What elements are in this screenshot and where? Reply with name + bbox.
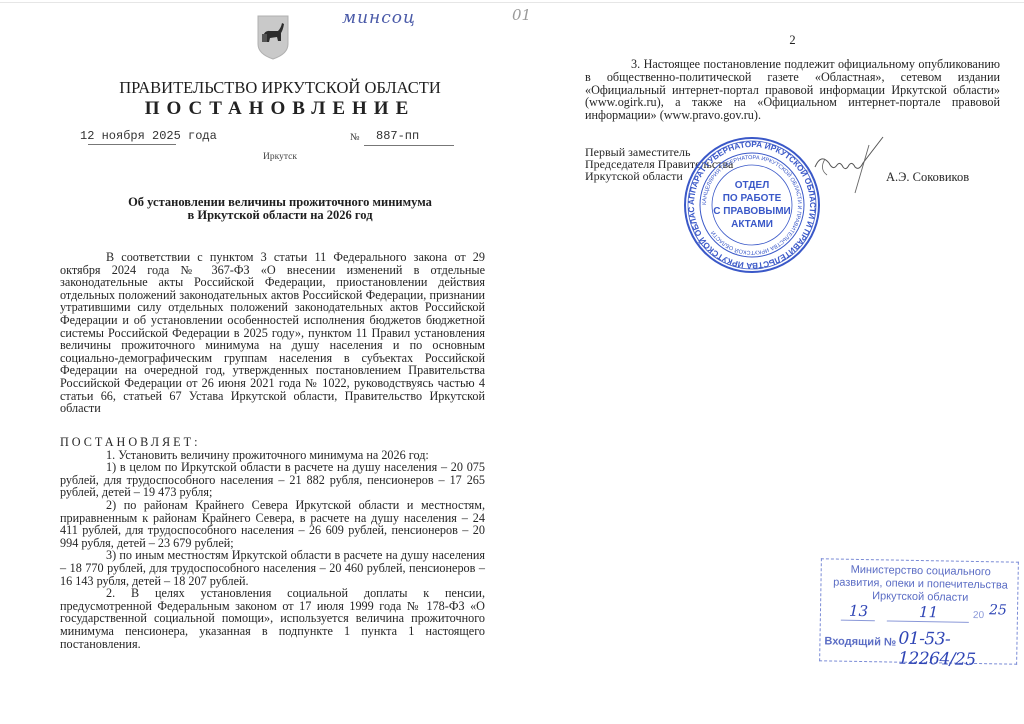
incoming-day: 13	[849, 602, 868, 620]
government-title: ПРАВИТЕЛЬСТВО ИРКУТСКОЙ ОБЛАСТИ	[60, 78, 500, 98]
incoming-label: Входящий №	[824, 635, 896, 648]
document-number: 887-пп	[376, 129, 419, 143]
incoming-number: 01-53-12264/25	[898, 629, 1015, 671]
incoming-stamp: Министерство социального развития, опеки…	[819, 558, 1019, 664]
signature-icon	[807, 135, 897, 195]
document-heading: Об установлении величины прожиточного ми…	[60, 196, 500, 222]
item-1-3: 3) по иным местностям Иркутской области …	[60, 549, 485, 587]
stamp-line-4: АКТАМИ	[731, 218, 773, 231]
incoming-month: 11	[919, 603, 938, 621]
document-type: ПОСТАНОВЛЕНИЕ	[60, 98, 500, 120]
page-1: минсоц 01 ПРАВИТЕЛЬСТВО ИРКУТСКОЙ ОБЛАСТ…	[60, 0, 500, 724]
preamble-text: В соответствии с пунктом 3 статьи 11 Фед…	[60, 251, 485, 415]
preamble: В соответствии с пунктом 3 статьи 11 Фед…	[60, 251, 485, 415]
decrees-word: ПОСТАНОВЛЯЕТ:	[60, 436, 485, 449]
signer-name: А.Э. Соковиков	[886, 170, 969, 185]
document-date: 12 ноября 2025 года	[80, 129, 217, 143]
stamp-line-2: ПО РАБОТЕ	[723, 192, 782, 205]
day-underline	[841, 620, 875, 622]
item-2: 2. В целях установления социальной допла…	[60, 587, 485, 650]
round-stamp: АППАРАТ ГУБЕРНАТОРА ИРКУТСКОЙ ОБЛАСТИ И …	[682, 135, 822, 275]
month-underline	[887, 620, 969, 622]
handwritten-mark: 01	[512, 6, 531, 24]
date-underline	[88, 144, 176, 145]
number-underline	[364, 145, 454, 146]
city: Иркутск	[60, 152, 500, 162]
stamp-line-3: С ПРАВОВЫМИ	[713, 205, 790, 218]
stamp-center-text: ОТДЕЛ ПО РАБОТЕ С ПРАВОВЫМИ АКТАМИ	[682, 135, 822, 275]
incoming-date: 13 11 20 25	[827, 603, 1013, 624]
number-sign: №	[350, 132, 360, 143]
heading-line-2: в Иркутской области на 2026 год	[60, 209, 500, 222]
item-3: 3. Настоящее постановление подлежит офиц…	[585, 58, 1000, 122]
item-3-text: 3. Настоящее постановление подлежит офиц…	[585, 58, 1000, 122]
handwritten-note: минсоц	[342, 8, 416, 28]
incoming-year: 25	[989, 602, 1007, 618]
item-1-2: 2) по районам Крайнего Севера Иркутской …	[60, 499, 485, 549]
coat-of-arms-icon	[256, 14, 290, 60]
incoming-year-prefix: 20	[973, 610, 984, 621]
incoming-number-row: Входящий № 01-53-12264/25	[824, 627, 1014, 656]
stamp-line-1: ОТДЕЛ	[735, 179, 769, 192]
page-number: 2	[585, 33, 1000, 48]
item-1-1: 1) в целом по Иркутской области в расчет…	[60, 461, 485, 499]
decree-block: ПОСТАНОВЛЯЕТ: 1. Установить величину про…	[60, 436, 485, 650]
